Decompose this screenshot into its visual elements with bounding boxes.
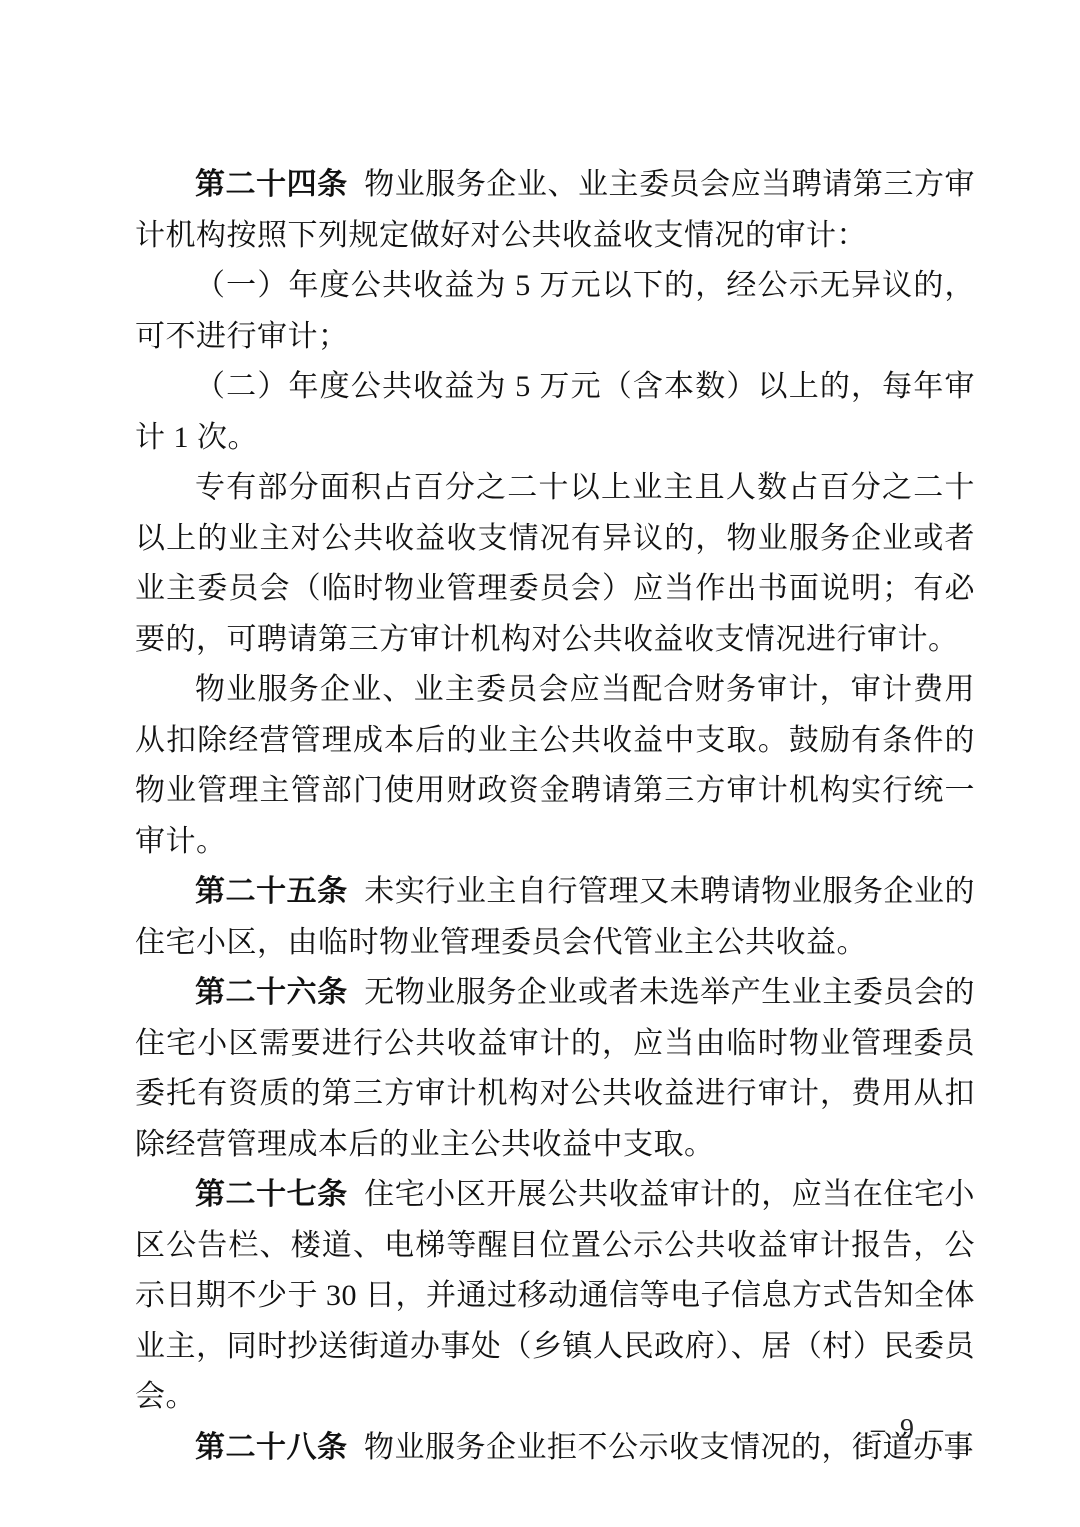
article-26-number: 第二十六条	[195, 976, 348, 1009]
paragraph-audit-cost-rule: 物业服务企业、业主委员会应当配合财务审计，审计费用从扣除经营管理成本后的业主公共…	[135, 665, 975, 867]
item-2-text: （二）年度公共收益为 5 万元（含本数）以上的，每年审计 1 次。	[135, 370, 975, 454]
document-page: 第二十四条物业服务企业、业主委员会应当聘请第三方审计机构按照下列规定做好对公共收…	[0, 0, 1080, 1527]
article-25-number: 第二十五条	[195, 875, 348, 908]
paragraph-article-24: 第二十四条物业服务企业、业主委员会应当聘请第三方审计机构按照下列规定做好对公共收…	[135, 160, 975, 261]
article-27-number: 第二十七条	[195, 1178, 348, 1211]
paragraph-objection-rule: 专有部分面积占百分之二十以上业主且人数占百分之二十以上的业主对公共收益收支情况有…	[135, 463, 975, 665]
article-28-number: 第二十八条	[195, 1431, 348, 1464]
document-body: 第二十四条物业服务企业、业主委员会应当聘请第三方审计机构按照下列规定做好对公共收…	[135, 160, 975, 1473]
paragraph-article-25: 第二十五条未实行业主自行管理又未聘请物业服务企业的住宅小区，由临时物业管理委员会…	[135, 867, 975, 968]
objection-rule-text: 专有部分面积占百分之二十以上业主且人数占百分之二十以上的业主对公共收益收支情况有…	[135, 471, 975, 656]
paragraph-article-26: 第二十六条无物业服务企业或者未选举产生业主委员会的住宅小区需要进行公共收益审计的…	[135, 968, 975, 1170]
paragraph-article-27: 第二十七条住宅小区开展公共收益审计的，应当在住宅小区公告栏、楼道、电梯等醒目位置…	[135, 1170, 975, 1423]
page-number: – 9 –	[871, 1413, 947, 1447]
article-24-number: 第二十四条	[195, 168, 348, 201]
audit-cost-rule-text: 物业服务企业、业主委员会应当配合财务审计，审计费用从扣除经营管理成本后的业主公共…	[135, 673, 975, 858]
paragraph-item-2: （二）年度公共收益为 5 万元（含本数）以上的，每年审计 1 次。	[135, 362, 975, 463]
item-1-text: （一）年度公共收益为 5 万元以下的，经公示无异议的，可不进行审计；	[135, 269, 975, 353]
paragraph-item-1: （一）年度公共收益为 5 万元以下的，经公示无异议的，可不进行审计；	[135, 261, 975, 362]
article-27-text: 住宅小区开展公共收益审计的，应当在住宅小区公告栏、楼道、电梯等醒目位置公示公共收…	[135, 1178, 975, 1413]
paragraph-article-28: 第二十八条物业服务企业拒不公示收支情况的，街道办事	[135, 1423, 975, 1474]
